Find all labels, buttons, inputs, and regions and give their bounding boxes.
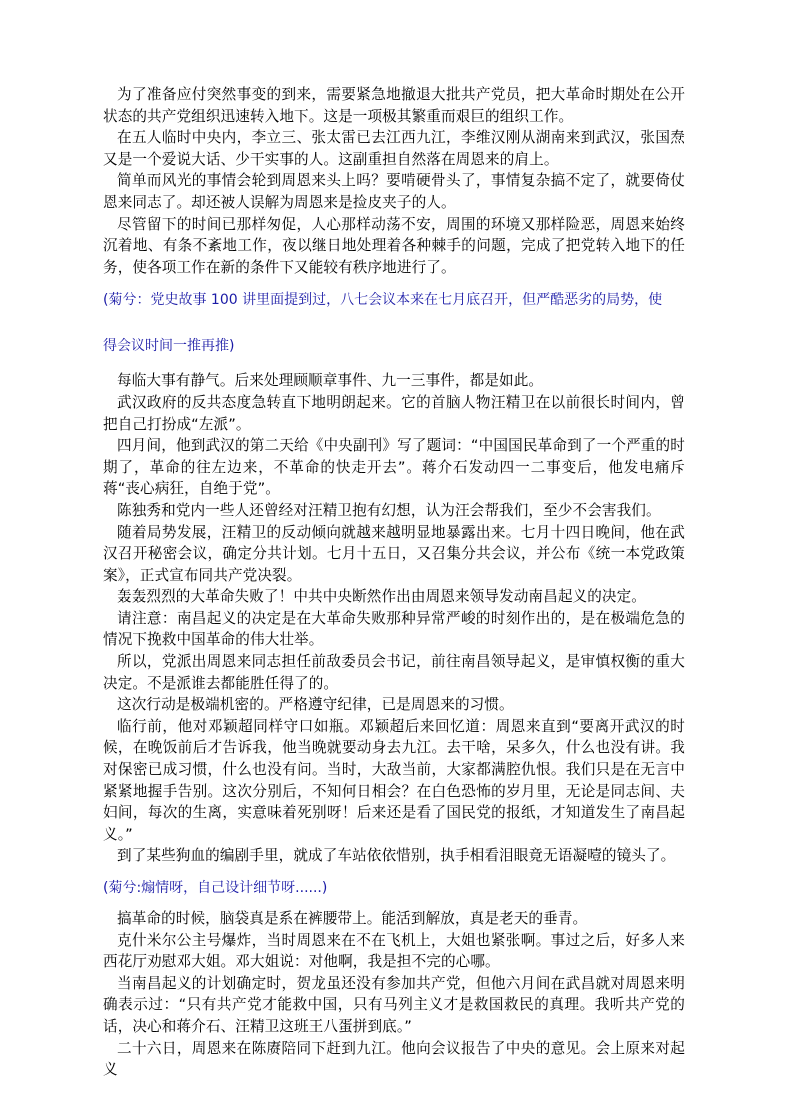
editor-note-2: (菊兮:煽情呀，自己设计细节呀......) [103, 878, 685, 899]
paragraph: 搞革命的时候，脑袋真是系在裤腰带上。能活到解放，真是老天的垂青。 [103, 908, 685, 930]
paragraph: 在五人临时中央内，李立三、张太雷已去江西九江，李维汉刚从湖南来到武汉，张国焘又是… [103, 127, 685, 170]
editor-note-1: (菊兮：党史故事 100 讲里面提到过，八七会议本来在七月底召开，但严酷恶劣的局… [103, 290, 685, 357]
paragraph: 随着局势发展，汪精卫的反动倾向就越来越明显地暴露出来。七月十四日晚间，他在武汉召… [103, 522, 685, 587]
paragraph: 陈独秀和党内一些人还曾经对汪精卫抱有幻想，认为汪会帮我们，至少不会害我们。 [103, 500, 685, 522]
paragraph: 所以，党派出周恩来同志担任前敌委员会书记，前往南昌领导起义，是审慎权衡的重大决定… [103, 651, 685, 694]
editor-note-1-line1: (菊兮：党史故事 100 讲里面提到过，八七会议本来在七月底召开，但严酷恶劣的局… [103, 290, 685, 311]
paragraph: 为了准备应付突然事变的到来，需要紧急地撤退大批共产党员，把大革命时期处在公开状态… [103, 84, 685, 127]
editor-note-1-line2: 得会议时间一推再推) [103, 336, 685, 357]
paragraph: 到了某些狗血的编剧手里，就成了车站依依惜别，执手相看泪眼竟无语凝噎的镜头了。 [103, 845, 685, 867]
paragraph: 当南昌起义的计划确定时，贺龙虽还没有参加共产党，但他六月间在武昌就对周恩来明确表… [103, 973, 685, 1038]
paragraph: 这次行动是极端机密的。严格遵守纪律，已是周恩来的习惯。 [103, 694, 685, 716]
paragraph: 简单而风光的事情会轮到周恩来头上吗？要啃硬骨头了，事情复杂搞不定了，就要倚仗恩来… [103, 170, 685, 213]
paragraph: 轰轰烈烈的大革命失败了！中共中央断然作出由周恩来领导发动南昌起义的决定。 [103, 586, 685, 608]
section-3: 搞革命的时候，脑袋真是系在裤腰带上。能活到解放，真是老天的垂青。 克什米尔公主号… [103, 908, 685, 1081]
paragraph: 请注意：南昌起义的决定是在大革命失败那种异常严峻的时刻作出的，是在极端危急的情况… [103, 608, 685, 651]
paragraph: 二十六日，周恩来在陈赓陪同下赶到九江。他向会议报告了中央的意见。会上原来对起义 [103, 1038, 685, 1081]
paragraph: 克什米尔公主号爆炸，当时周恩来在不在飞机上，大姐也紧张啊。事过之后，好多人来西花… [103, 930, 685, 973]
paragraph: 武汉政府的反共态度急转直下地明朗起来。它的首脑人物汪精卫在以前很长时间内，曾把自… [103, 392, 685, 435]
paragraph: 每临大事有静气。后来处理顾顺章事件、九一三事件，都是如此。 [103, 370, 685, 392]
section-2: 每临大事有静气。后来处理顾顺章事件、九一三事件，都是如此。 武汉政府的反共态度急… [103, 370, 685, 867]
paragraph: 四月间，他到武汉的第二天给《中央副刊》写了题词：“中国国民革命到了一个严重的时期… [103, 435, 685, 500]
paragraph: 尽管留下的时间已那样匆促，人心那样动荡不安，周围的环境又那样险恶，周恩来始终沉着… [103, 214, 685, 279]
section-1: 为了准备应付突然事变的到来，需要紧急地撤退大批共产党员，把大革命时期处在公开状态… [103, 84, 685, 278]
paragraph: 临行前，他对邓颖超同样守口如瓶。邓颖超后来回忆道：周恩来直到“要离开武汉的时候，… [103, 716, 685, 846]
document-page: 为了准备应付突然事变的到来，需要紧急地撤退大批共产党员，把大革命时期处在公开状态… [103, 84, 685, 1081]
